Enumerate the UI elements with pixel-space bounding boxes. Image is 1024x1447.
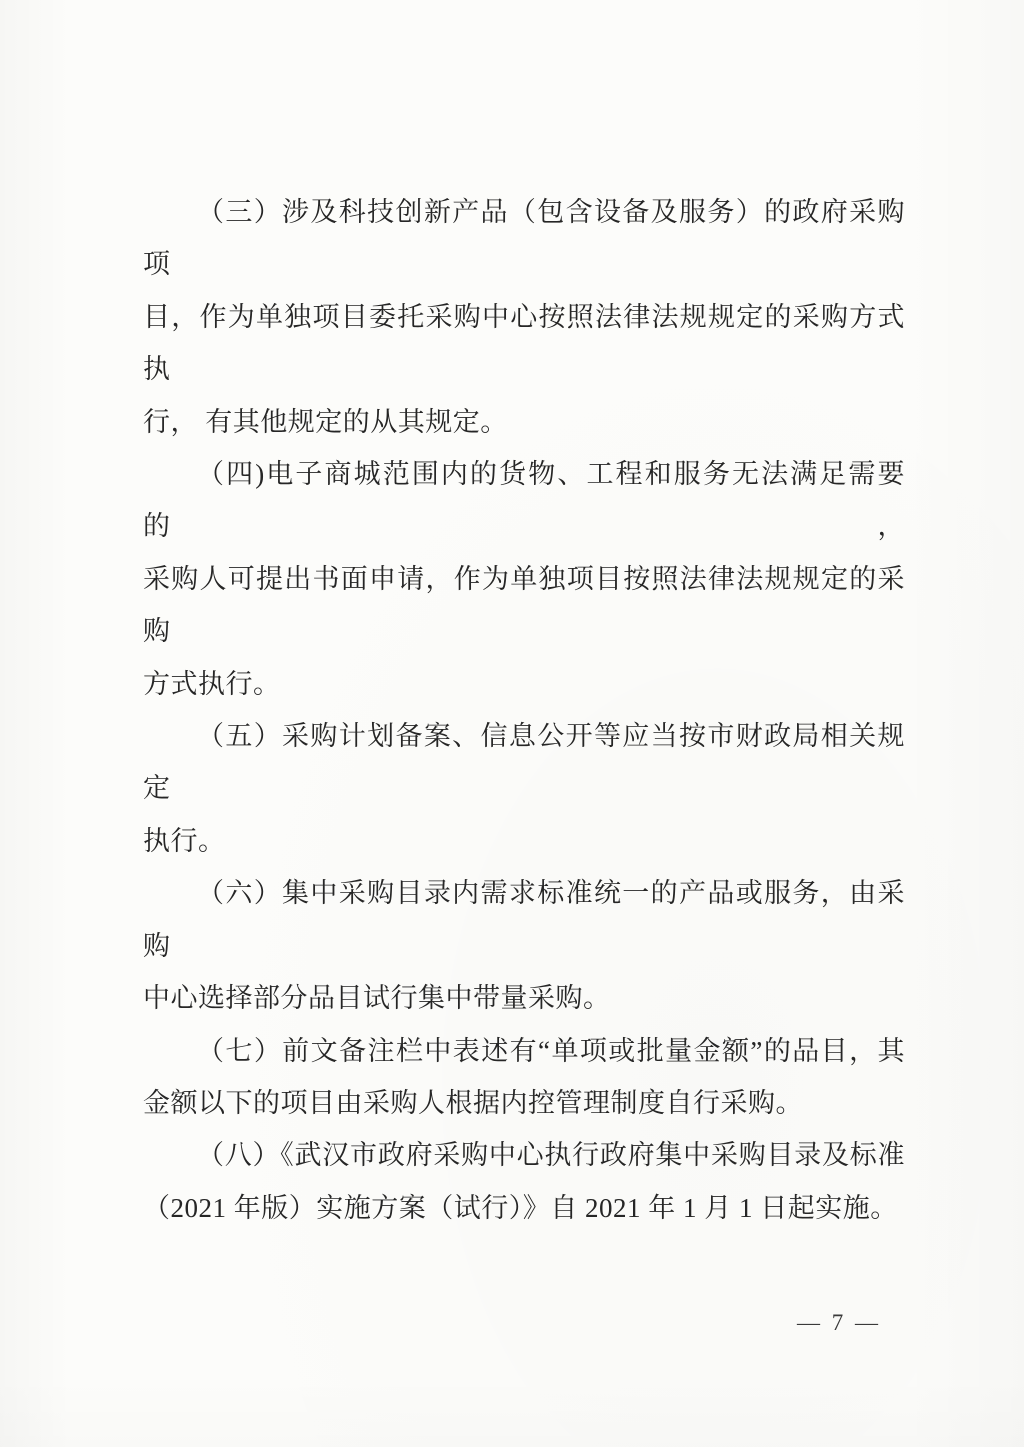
body-text: （三）涉及科技创新产品（包含设备及服务）的政府采购项 目，作为单独项目委托采购中… — [143, 186, 905, 1234]
text-line: 中心选择部分品目试行集中带量采购。 — [143, 972, 905, 1024]
paragraph-liu: （六）集中采购目录内需求标准统一的产品或服务，由采购 中心选择部分品目试行集中带… — [143, 867, 905, 1024]
text-line: （五）采购计划备案、信息公开等应当按市财政局相关规定 — [143, 710, 905, 815]
text-line: 行， 有其他规定的从其规定。 — [143, 396, 905, 448]
text-line: （2021 年版）实施方案（试行）》自 2021 年 1 月 1 日起实施。 — [143, 1182, 905, 1234]
text-line: 方式执行。 — [143, 658, 905, 710]
text-line: （八）《武汉市政府采购中心执行政府集中采购目录及标准 — [143, 1129, 905, 1181]
text-line: 采购人可提出书面申请，作为单独项目按照法律法规规定的采购 — [143, 553, 905, 658]
text-line: （七）前文备注栏中表述有“单项或批量金额”的品目，其 — [143, 1025, 905, 1077]
text-line: 目，作为单独项目委托采购中心按照法律法规规定的采购方式执 — [143, 291, 905, 396]
text-line: （四)电子商城范围内的货物、工程和服务无法满足需要的， — [143, 448, 905, 553]
paragraph-wu: （五）采购计划备案、信息公开等应当按市财政局相关规定 执行。 — [143, 710, 905, 867]
text-line: 金额以下的项目由采购人根据内控管理制度自行采购。 — [143, 1077, 905, 1129]
text-line: （三）涉及科技创新产品（包含设备及服务）的政府采购项 — [143, 186, 905, 291]
document-page: （三）涉及科技创新产品（包含设备及服务）的政府采购项 目，作为单独项目委托采购中… — [0, 0, 1024, 1447]
paragraph-ba: （八）《武汉市政府采购中心执行政府集中采购目录及标准 （2021 年版）实施方案… — [143, 1129, 905, 1234]
page-number: — 7 — — [797, 1310, 881, 1336]
paragraph-si: （四)电子商城范围内的货物、工程和服务无法满足需要的， 采购人可提出书面申请，作… — [143, 448, 905, 710]
paragraph-qi: （七）前文备注栏中表述有“单项或批量金额”的品目，其 金额以下的项目由采购人根据… — [143, 1025, 905, 1130]
text-line: 执行。 — [143, 815, 905, 867]
text-line: （六）集中采购目录内需求标准统一的产品或服务，由采购 — [143, 867, 905, 972]
paragraph-san: （三）涉及科技创新产品（包含设备及服务）的政府采购项 目，作为单独项目委托采购中… — [143, 186, 905, 448]
